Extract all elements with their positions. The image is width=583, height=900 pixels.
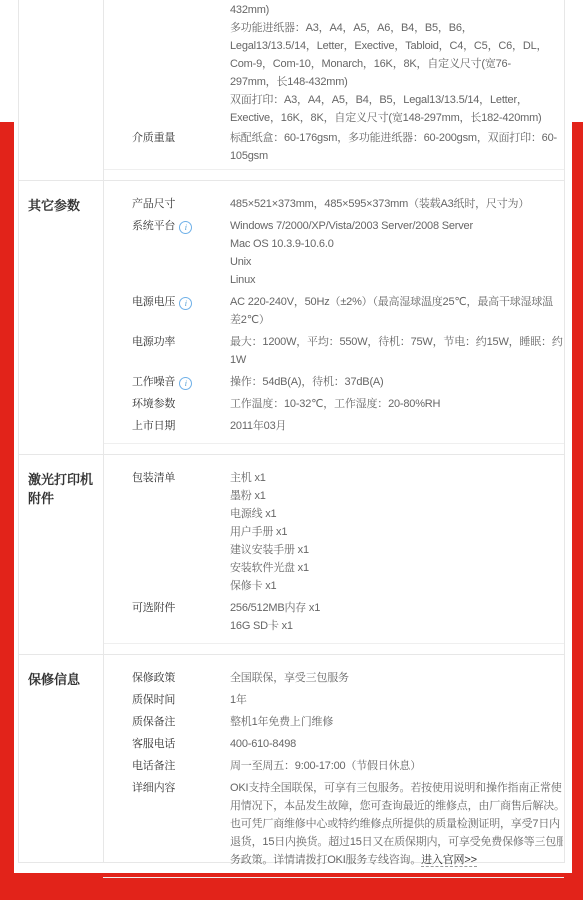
warranty-detail-tail: 务政策。详情请拨打OKI服务专线咨询。 <box>230 854 421 866</box>
table-row: 电源功率 最大：1200W，平均：550W，待机：75W，节电：约15W，睡眠：… <box>132 333 563 369</box>
table-row: 产品尺寸 485×521×373mm，485×595×373mm（装载A3纸时，… <box>132 195 563 213</box>
official-site-link[interactable]: 进入官网>> <box>421 854 477 867</box>
info-icon[interactable] <box>179 221 192 234</box>
table-row: 介质重量 标配纸盒：60-176gsm，多功能进纸器：60-200gsm，双面打… <box>132 129 563 165</box>
spec-key: 电源电压 <box>132 293 230 329</box>
section-warranty-info: 保修信息 保修政策 全国联保，享受三包服务 质保时间 1年 质保备注 整机1年免… <box>19 655 564 881</box>
spec-value: 485×521×373mm，485×595×373mm（装载A3纸时，尺寸为） <box>230 195 563 213</box>
service-phone-number: 400-610-8498 <box>230 735 563 753</box>
section-title: 其它参数 <box>19 181 103 444</box>
section-title: 激光打印机附件 <box>19 455 103 644</box>
spec-value: 工作温度：10-32℃，工作湿度：20-80%RH <box>230 395 563 413</box>
spec-key: 电源功率 <box>132 333 230 369</box>
table-row: 包装清单 主机 x1墨粉 x1电源线 x1用户手册 x1建议安装手册 x1安装软… <box>132 469 563 595</box>
table-row: 上市日期 2011年03月 <box>132 417 563 435</box>
spec-key: 系统平台 <box>132 217 230 289</box>
spec-value: 周一至周五：9:00-17:00（节假日休息） <box>230 757 563 775</box>
spec-key: 产品尺寸 <box>132 195 230 213</box>
spec-key: 上市日期 <box>132 417 230 435</box>
table-row: 可选附件 256/512MB内存 x116G SD卡 x1 <box>132 599 563 635</box>
section-title: 保修信息 <box>19 655 103 878</box>
spec-key: 环境参数 <box>132 395 230 413</box>
spec-value: 2011年03月 <box>230 417 563 435</box>
spec-value: Windows 7/2000/XP/Vista/2003 Server/2008… <box>230 217 563 289</box>
spec-value: 432mm)多功能进纸器：A3，A4，A5，A6，B4，B5，B6，Legal1… <box>230 1 563 127</box>
section-printer-accessories: 激光打印机附件 包装清单 主机 x1墨粉 x1电源线 x1用户手册 x1建议安装… <box>19 455 564 655</box>
spec-value: AC 220-240V，50Hz（±2%）（最高湿球温度25℃，最高干球湿球温差… <box>230 293 563 329</box>
spec-table: 432mm)多功能进纸器：A3，A4，A5，A6，B4，B5，B6，Legal1… <box>18 0 565 863</box>
table-row: 客服电话 400-610-8498 <box>132 735 563 753</box>
warranty-detail-text: OKI支持全国联保，可享有三包服务。若按使用说明和操作指南正常使用情况下，本品发… <box>230 779 563 869</box>
table-row: 432mm)多功能进纸器：A3，A4，A5，A6，B4，B5，B6，Legal1… <box>132 1 563 127</box>
product-spec-page: 432mm)多功能进纸器：A3，A4，A5，A6，B4，B5，B6，Legal1… <box>0 0 583 900</box>
spec-key: 客服电话 <box>132 735 230 753</box>
spec-value: 全国联保，享受三包服务 <box>230 669 563 687</box>
info-icon[interactable] <box>179 377 192 390</box>
section-paper-specs-partial: 432mm)多功能进纸器：A3，A4，A5，A6，B4，B5，B6，Legal1… <box>19 0 564 181</box>
spec-key: 详细内容 <box>132 779 230 869</box>
spec-key <box>132 1 230 127</box>
table-row: 质保备注 整机1年免费上门维修 <box>132 713 563 731</box>
info-icon[interactable] <box>179 297 192 310</box>
section-other-params: 其它参数 产品尺寸 485×521×373mm，485×595×373mm（装载… <box>19 181 564 455</box>
table-row: 电源电压 AC 220-240V，50Hz（±2%）（最高湿球温度25℃，最高干… <box>132 293 563 329</box>
table-row: 详细内容 OKI支持全国联保，可享有三包服务。若按使用说明和操作指南正常使用情况… <box>132 779 563 869</box>
spec-value: 256/512MB内存 x116G SD卡 x1 <box>230 599 563 635</box>
spec-value: 整机1年免费上门维修 <box>230 713 563 731</box>
table-row: 系统平台 Windows 7/2000/XP/Vista/2003 Server… <box>132 217 563 289</box>
table-row: 电话备注 周一至周五：9:00-17:00（节假日休息） <box>132 757 563 775</box>
spec-key: 保修政策 <box>132 669 230 687</box>
spec-value: 1年 <box>230 691 563 709</box>
spec-value: 最大：1200W，平均：550W，待机：75W，节电：约15W，睡眠：约1W <box>230 333 563 369</box>
section-title <box>19 0 103 170</box>
table-row: 工作噪音 操作：54dB(A)，待机：37dB(A) <box>132 373 563 391</box>
table-row: 质保时间 1年 <box>132 691 563 709</box>
spec-value: 主机 x1墨粉 x1电源线 x1用户手册 x1建议安装手册 x1安装软件光盘 x… <box>230 469 563 595</box>
spec-key: 可选附件 <box>132 599 230 635</box>
page-background-left-band <box>0 122 14 900</box>
spec-key: 质保备注 <box>132 713 230 731</box>
spec-key: 电话备注 <box>132 757 230 775</box>
spec-key: 质保时间 <box>132 691 230 709</box>
table-row: 环境参数 工作温度：10-32℃，工作湿度：20-80%RH <box>132 395 563 413</box>
column-divider <box>103 0 104 862</box>
spec-key: 工作噪音 <box>132 373 230 391</box>
page-background-right-band <box>572 122 583 900</box>
spec-key: 包装清单 <box>132 469 230 595</box>
spec-value: 标配纸盒：60-176gsm，多功能进纸器：60-200gsm，双面打印：60-… <box>230 129 563 165</box>
table-row: 保修政策 全国联保，享受三包服务 <box>132 669 563 687</box>
spec-value: 操作：54dB(A)，待机：37dB(A) <box>230 373 563 391</box>
spec-key: 介质重量 <box>132 129 230 165</box>
